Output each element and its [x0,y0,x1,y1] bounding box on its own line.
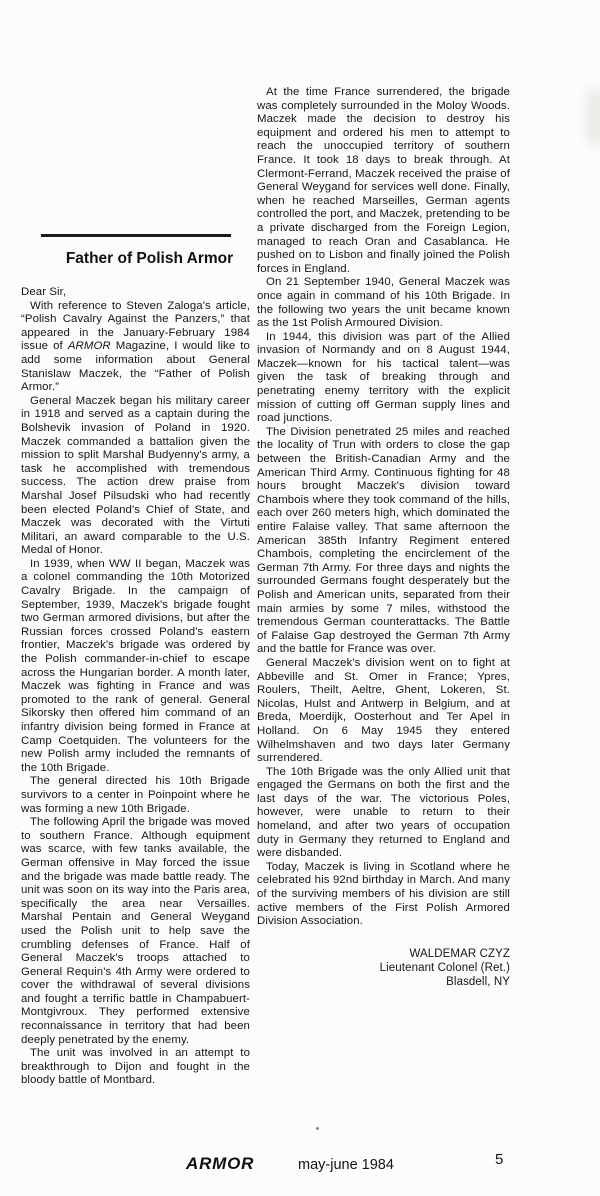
signature-title: Lieutenant Colonel (Ret.) [257,961,510,975]
issue-date: may-june 1984 [298,1157,394,1173]
salutation: Dear Sir, [21,286,250,300]
paragraph: In 1939, when WW II began, Maczek was a … [21,558,250,776]
signature-block: WALDEMAR CZYZ Lieutenant Colonel (Ret.) … [257,947,510,990]
paragraph: The general directed his 10th Brigade su… [21,775,250,816]
magazine-letters-page: Father of Polish Armor Dear Sir, With re… [0,0,600,1196]
paragraph: General Maczek's division went on to fig… [257,657,510,766]
left-column-text: Dear Sir, With reference to Steven Zalog… [21,286,250,1088]
paragraph: On 21 September 1940, General Maczek was… [257,276,510,330]
scan-dot-artifact [316,1127,319,1130]
left-column: Father of Polish Armor Dear Sir, With re… [21,234,250,1088]
paragraph: General Maczek began his military career… [21,395,250,558]
right-column: At the time France surrendered, the brig… [257,86,510,989]
magazine-name-italic: ARMOR [68,340,111,352]
paragraph: At the time France surrendered, the brig… [257,86,510,276]
paragraph: The unit was involved in an attempt to b… [21,1047,250,1088]
paragraph: With reference to Steven Zaloga's articl… [21,300,250,395]
signature-name: WALDEMAR CZYZ [257,947,510,961]
armor-magazine-logo: ARMOR [186,1154,254,1174]
page-number: 5 [495,1151,503,1168]
paragraph: The Division penetrated 25 miles and rea… [257,426,510,657]
paragraph: The 10th Brigade was the only Allied uni… [257,766,510,861]
scan-smudge-artifact [586,88,600,146]
letter-title: Father of Polish Armor [21,249,250,268]
heading-rule [41,234,231,237]
paragraph: Today, Maczek is living in Scotland wher… [257,861,510,929]
signature-location: Blasdell, NY [257,975,510,989]
paragraph: In 1944, this division was part of the A… [257,331,510,426]
paragraph: The following April the brigade was move… [21,816,250,1047]
